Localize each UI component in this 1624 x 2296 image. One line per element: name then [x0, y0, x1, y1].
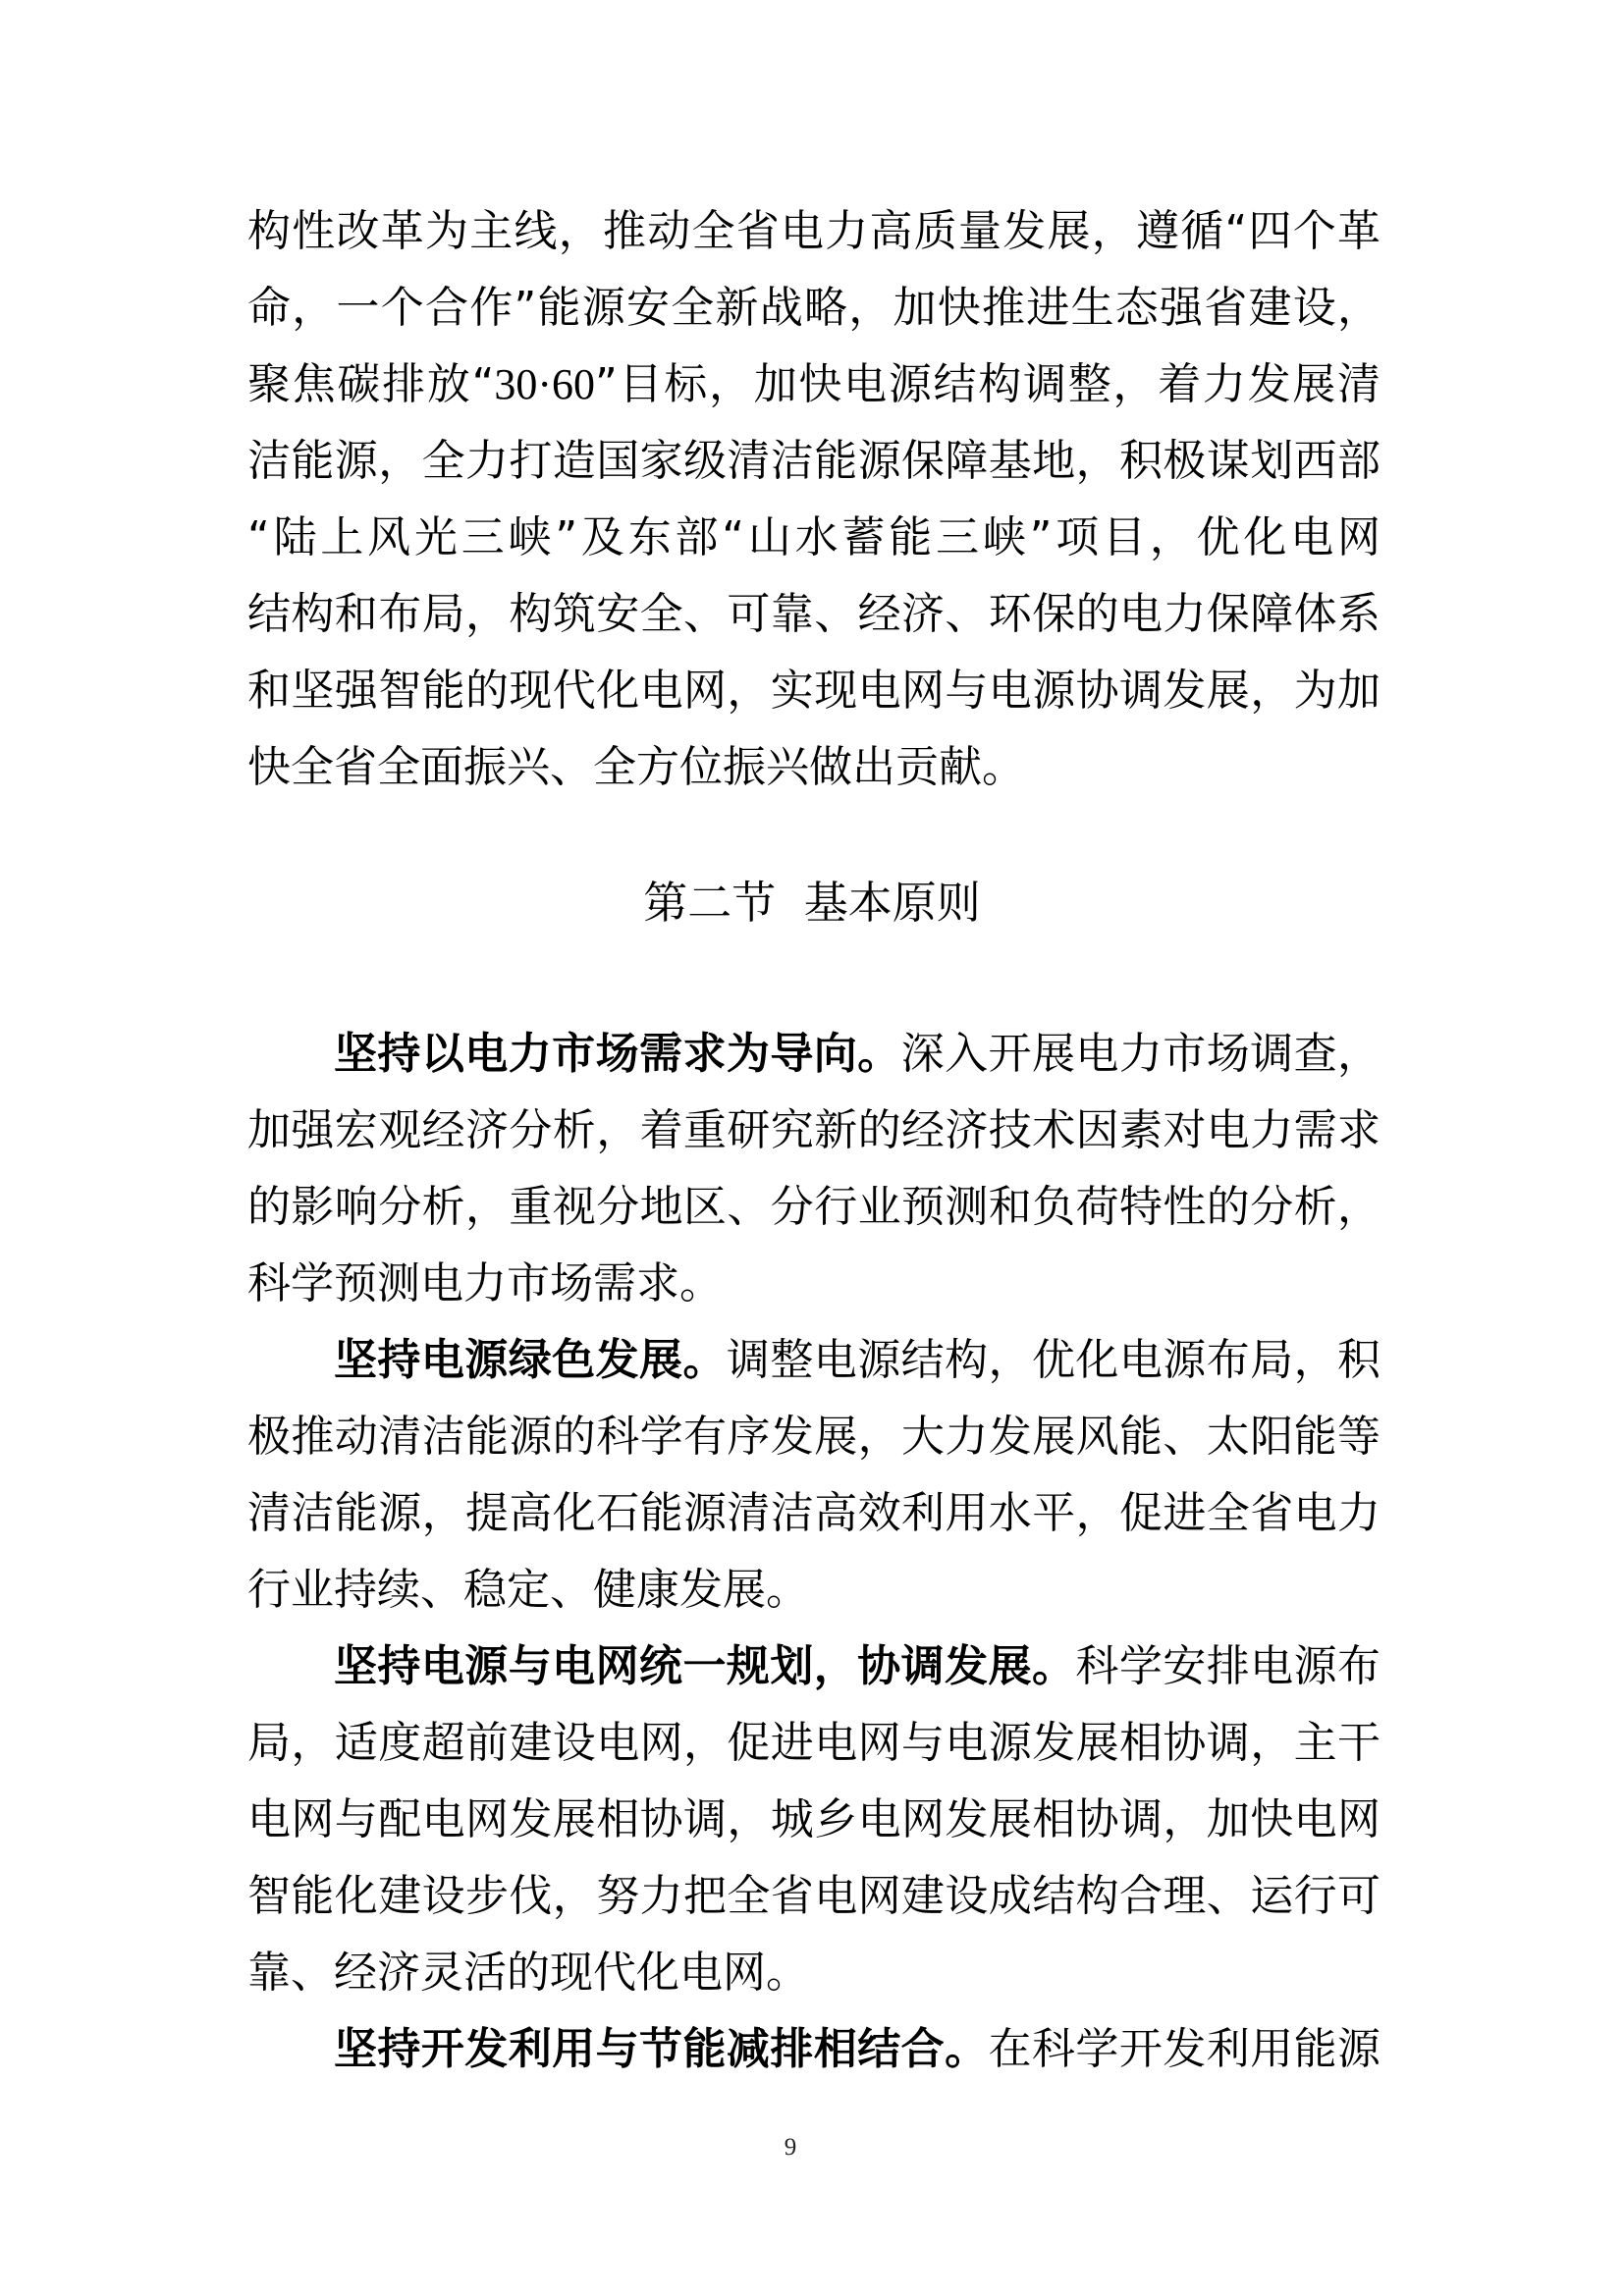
text-line: 坚持以电力市场需求为导向。深入开展电力市场调查，	[334, 1029, 1380, 1080]
text-line: 科学预测电力市场需求。	[247, 1258, 1380, 1309]
principle-title: 坚持电源与电网统一规划，协调发展。	[334, 1641, 1075, 1691]
text-line: 坚持电源绿色发展。调整电源结构，优化电源布局，积	[334, 1335, 1380, 1386]
text-line: 智能化建设步伐，努力把全省电网建设成结构合理、运行可	[247, 1871, 1380, 1922]
text-line: 电网与配电网发展相协调，城乡电网发展相协调，加快电网	[247, 1794, 1380, 1845]
text-segment: 在科学开发利用能源	[989, 2024, 1380, 2074]
text-segment: 聚焦碳排放“	[247, 359, 494, 409]
text-line: 加强宏观经济分析，着重研究新的经济技术因素对电力需求	[247, 1105, 1380, 1156]
page-number: 9	[766, 2134, 815, 2162]
text-line: “陆上风光三峡”及东部“山水蓄能三峡”项目，优化电网	[247, 512, 1380, 563]
carbon-target-number: 30·60	[494, 360, 595, 408]
principle-title: 坚持电源绿色发展。	[334, 1335, 727, 1385]
text-line: 坚持开发利用与节能减排相结合。在科学开发利用能源	[334, 2024, 1380, 2075]
text-segment: 科学安排电源布	[1075, 1641, 1380, 1691]
text-line: 和坚强智能的现代化电网，实现电网与电源协调发展，为加	[247, 666, 1380, 717]
text-line: 构性改革为主线，推动全省电力高质量发展，遵循“四个革	[247, 206, 1380, 257]
text-line: 靠、经济灵活的现代化电网。	[247, 1948, 1380, 1999]
text-line: 的影响分析，重视分地区、分行业预测和负荷特性的分析，	[247, 1182, 1380, 1233]
text-line: 洁能源，全力打造国家级清洁能源保障基地，积极谋划西部	[247, 436, 1380, 487]
text-line: 行业持续、稳定、健康发展。	[247, 1565, 1380, 1616]
text-segment: 深入开展电力市场调查，	[901, 1029, 1380, 1079]
text-segment: ”目标，加快电源结构调整，着力发展清	[595, 359, 1380, 409]
text-line: 局，适度超前建设电网，促进电网与电源发展相协调，主干	[247, 1718, 1380, 1769]
text-line: 结构和布局，构筑安全、可靠、经济、环保的电力保障体系	[247, 589, 1380, 640]
text-line: 极推动清洁能源的科学有序发展，大力发展风能、太阳能等	[247, 1412, 1380, 1463]
principle-title: 坚持以电力市场需求为导向。	[334, 1029, 901, 1079]
principle-title: 坚持开发利用与节能减排相结合。	[334, 2024, 989, 2074]
text-line: 聚焦碳排放“30·60”目标，加快电源结构调整，着力发展清	[247, 359, 1380, 410]
section-heading: 第二节 基本原则	[0, 874, 1624, 933]
text-line: 坚持电源与电网统一规划，协调发展。科学安排电源布	[334, 1641, 1380, 1692]
text-line: 清洁能源，提高化石能源清洁高效利用水平，促进全省电力	[247, 1488, 1380, 1539]
document-page: 构性改革为主线，推动全省电力高质量发展，遵循“四个革 命，一个合作”能源安全新战…	[0, 0, 1624, 2296]
text-line: 快全省全面振兴、全方位振兴做出贡献。	[247, 742, 1380, 793]
text-segment: 调整电源结构，优化电源布局，积	[727, 1335, 1380, 1385]
text-line: 命，一个合作”能源安全新战略，加快推进生态强省建设，	[247, 283, 1380, 334]
